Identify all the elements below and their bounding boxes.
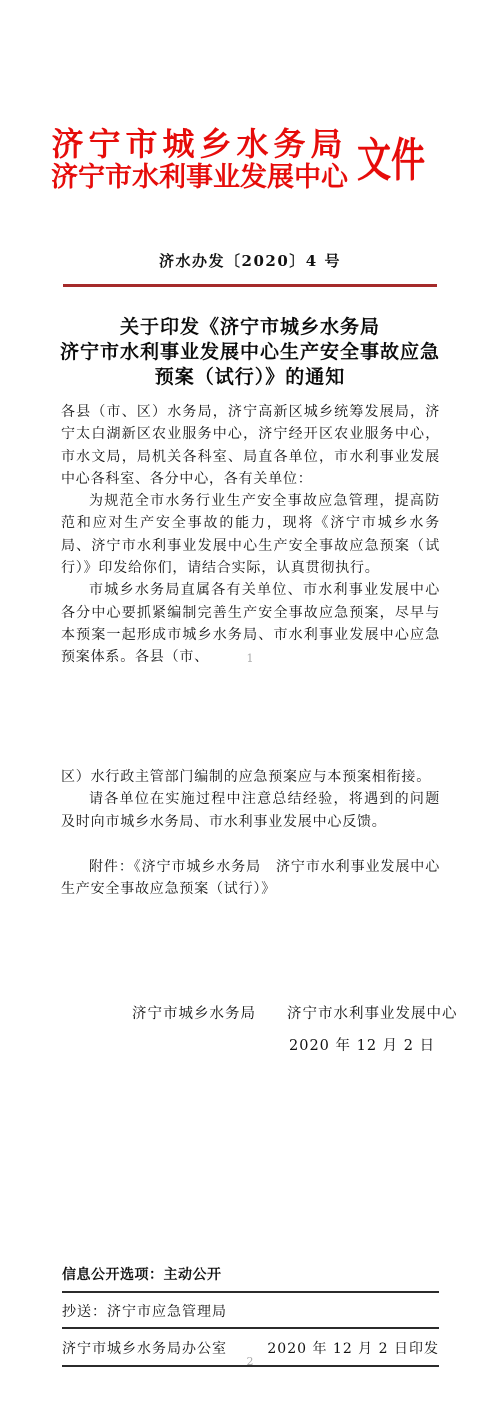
attachment-note: 附件：《济宁市城乡水务局 济宁市水利事业发展中心生产安全事故应急预案（试行）》 <box>61 856 440 901</box>
signature-date: 2020 年 12 月 2 日 <box>289 1034 500 1055</box>
paragraph-3: 请各单位在实施过程中注意总结经验，将遇到的问题及时向市城乡水务局、市水利事业发展… <box>61 788 440 833</box>
title-line-1: 关于印发《济宁市城乡水务局 <box>0 315 500 340</box>
disclosure-option-row: 信息公开选项：主动公开 <box>62 1264 439 1293</box>
document-number: 济水办发〔2020〕4 号 <box>0 250 500 271</box>
page-number-2: 2 <box>0 1355 500 1368</box>
document-footer: 信息公开选项：主动公开 抄送：济宁市应急管理局 济宁市城乡水务局办公室 2020… <box>62 1264 439 1367</box>
paragraph-1: 为规范全市水务行业生产安全事故应急管理，提高防范和应对生产安全事故的能力，现将《… <box>61 490 440 579</box>
official-document-page: 济宁市城乡水务局 济宁市水利事业发展中心 文件 济水办发〔2020〕4 号 关于… <box>0 0 500 1415</box>
page-number-1: 1 <box>0 652 500 665</box>
org-name-line1: 济宁市城乡水务局 <box>51 126 348 162</box>
title-line-2: 济宁市水利事业发展中心生产安全事故应急 <box>0 340 500 365</box>
org-name-line2: 济宁市水利事业发展中心 <box>51 162 348 194</box>
letterhead-orgs: 济宁市城乡水务局 济宁市水利事业发展中心 <box>51 126 348 194</box>
red-divider-line <box>63 284 437 287</box>
title-line-3: 预案（试行）》的通知 <box>0 365 500 390</box>
signature-block: 济宁市城乡水务局 济宁市水利事业发展中心 2020 年 12 月 2 日 <box>0 1002 500 1055</box>
cc-row: 抄送：济宁市应急管理局 <box>62 1293 439 1329</box>
letterhead: 济宁市城乡水务局 济宁市水利事业发展中心 文件 <box>0 126 500 194</box>
paragraph-2-part2: 区）水行政主管部门编制的应急预案应与本预案相衔接。 <box>61 766 440 788</box>
doc-type-label: 文件 <box>357 137 425 183</box>
body-page2: 区）水行政主管部门编制的应急预案应与本预案相衔接。 请各单位在实施过程中注意总结… <box>61 766 440 900</box>
salutation-paragraph: 各县（市、区）水务局，济宁高新区城乡统筹发展局，济宁太白湖新区农业服务中心，济宁… <box>61 401 440 490</box>
body-page1: 各县（市、区）水务局，济宁高新区城乡统筹发展局，济宁太白湖新区农业服务中心，济宁… <box>61 401 440 669</box>
signature-orgs: 济宁市城乡水务局 济宁市水利事业发展中心 <box>132 1002 500 1023</box>
document-title: 关于印发《济宁市城乡水务局 济宁市水利事业发展中心生产安全事故应急 预案（试行）… <box>0 315 500 390</box>
